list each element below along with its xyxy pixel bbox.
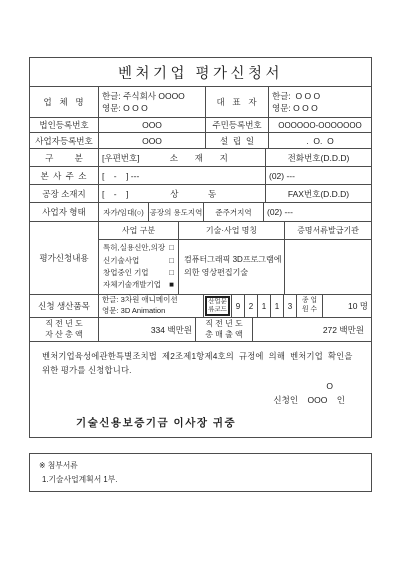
hq-address-row: 본 사 주 소 [ - ] --- (02) --- xyxy=(30,166,371,184)
representative-value: 한글: O O O 영문: O O O xyxy=(268,87,371,117)
sales-label: 직 전 년 도 총 매 출 액 xyxy=(195,318,252,341)
phone-header: 전화번호(D.D.D) xyxy=(265,149,371,166)
factory-address-row: 공장 소재지 [ - ] 상 동 FAX번호(D.D.D) xyxy=(30,184,371,202)
tech-name-header: 기술·사업 명칭 xyxy=(178,222,284,239)
corp-reg-value: OOO xyxy=(98,118,205,132)
establish-date-label: 설 립 일 xyxy=(205,133,268,148)
declaration-section: 벤처기업육성에관한특별조치법 제2조제1항제4호의 규정에 의해 벤처기업 확인… xyxy=(30,341,371,437)
resident-reg-value: OOOOOO-OOOOOOO xyxy=(268,118,371,132)
factory-address-label: 공장 소재지 xyxy=(30,185,98,202)
checkbox-checked-icon: ■ xyxy=(169,279,174,291)
financial-row: 직 전 년 도 자 산 총 액 334 백만원 직 전 년 도 총 매 출 액 … xyxy=(30,317,371,341)
biz-reg-row: 사업자등록번호 OOO 설 립 일 . O. O xyxy=(30,132,371,148)
checkbox-item-label: 신기술사업 xyxy=(103,255,139,267)
establish-date-value: . O. O xyxy=(268,133,371,148)
employees-value: 10 명 xyxy=(322,295,371,317)
checkbox-item: 창업중인 기업 □ xyxy=(103,267,174,279)
product-name-value: 한글: 3차원 애니메이션 영문: 3D Animation xyxy=(98,295,203,317)
checkbox-icon: □ xyxy=(169,242,174,254)
representative-eng: 영문: O O O xyxy=(272,102,368,114)
checkbox-item: 특허,실용신안,의장 □ xyxy=(103,242,174,254)
factory-bracket: [ - ] xyxy=(102,189,128,199)
checkbox-item-label: 특허,실용신안,의장 xyxy=(103,242,165,254)
company-row: 업 체 명 한글: 주식회사 OOOO 영문: O O O 대 표 자 한글: … xyxy=(30,86,371,117)
representative-kor: 한글: O O O xyxy=(272,90,368,102)
employees-label: 종 업 원 수 xyxy=(296,295,322,317)
resident-reg-label: 주민등록번호 xyxy=(205,118,268,132)
business-type-row: 사업자 형태 자가/임대(○) 공장의 용도지역 준주거지역 (02) --- xyxy=(30,202,371,221)
issuing-agency-value xyxy=(284,240,371,294)
industry-code-digit: 3 xyxy=(283,295,296,317)
gubun-label: 구 분 xyxy=(30,149,98,166)
industry-code-digit: 9 xyxy=(231,295,244,317)
document-page: 벤처기업 평가신청서 업 체 명 한글: 주식회사 OOOO 영문: O O O… xyxy=(0,0,400,566)
page-title: 벤처기업 평가신청서 xyxy=(30,58,371,86)
fax-header: FAX번호(D.D.D) xyxy=(265,185,371,202)
hq-address-label: 본 사 주 소 xyxy=(30,167,98,184)
product-name-eng: 영문: 3D Animation xyxy=(102,306,200,317)
declaration-date-mark: O xyxy=(42,381,359,391)
zone-value: 준주거지역 xyxy=(203,203,263,221)
evaluation-subtable: 사업 구분 기술·사업 명칭 증명서류발급기관 특허,실용신안,의장 □ 신기술… xyxy=(98,222,371,294)
sales-value: 272 백만원 xyxy=(252,318,371,341)
checkbox-item-label: 자체기술개발기업 xyxy=(103,279,161,291)
product-label: 신청 생산품목 xyxy=(30,295,98,317)
company-name-value: 한글: 주식회사 OOOO 영문: O O O xyxy=(98,87,205,117)
company-name-kor: 한글: 주식회사 OOOO xyxy=(102,90,202,102)
business-class-header: 사업 구분 xyxy=(99,222,178,239)
factory-address-value: [ - ] 상 동 xyxy=(98,185,265,202)
recipient-line: 기술신용보증기금 이사장 귀중 xyxy=(76,415,359,430)
industry-code-digit: 2 xyxy=(244,295,257,317)
tech-name-value: 컴퓨터그래픽 3D프로그램에 의한 영상편집기술 xyxy=(178,240,284,294)
biz-reg-label: 사업자등록번호 xyxy=(30,133,98,148)
evaluation-section-label: 평가신청내용 xyxy=(30,222,98,294)
business-class-checkboxes: 특허,실용신안,의장 □ 신기술사업 □ 창업중인 기업 □ 자체기술개발기 xyxy=(99,240,178,294)
evaluation-body-row: 특허,실용신안,의장 □ 신기술사업 □ 창업중인 기업 □ 자체기술개발기 xyxy=(99,239,371,294)
corp-reg-label: 법인등록번호 xyxy=(30,118,98,132)
company-name-eng: 영문: O O O xyxy=(102,102,202,114)
factory-same-as-above: 상 동 xyxy=(170,188,220,200)
industry-code-digit: 1 xyxy=(257,295,270,317)
industry-code-label: 산업분 류코드 xyxy=(205,296,230,316)
corp-reg-row: 법인등록번호 OOO 주민등록번호 OOOOOO-OOOOOOO xyxy=(30,117,371,132)
attachment-item: 1.기술사업계획서 1부. xyxy=(39,473,362,487)
company-name-label: 업 체 명 xyxy=(30,87,98,117)
industry-code-label-cell: 산업분 류코드 xyxy=(203,295,231,317)
location-header-cell: [우편번호] 소 재 지 xyxy=(98,149,265,166)
checkbox-item: 자체기술개발기업 ■ xyxy=(103,279,174,291)
assets-label: 직 전 년 도 자 산 총 액 xyxy=(30,318,98,341)
zone-label: 공장의 용도지역 xyxy=(148,203,203,221)
attachments-header: ※ 첨부서류 xyxy=(39,459,362,473)
checkbox-icon: □ xyxy=(169,267,174,279)
factory-phone-value: (02) --- xyxy=(263,203,371,221)
checkbox-icon: □ xyxy=(169,255,174,267)
checkbox-item: 신기술사업 □ xyxy=(103,255,174,267)
evaluation-section: 평가신청내용 사업 구분 기술·사업 명칭 증명서류발급기관 특허,실용신안,의… xyxy=(30,221,371,294)
hq-phone-value: (02) --- xyxy=(265,167,371,184)
attachments-box: ※ 첨부서류 1.기술사업계획서 1부. xyxy=(29,453,372,492)
evaluation-header-row: 사업 구분 기술·사업 명칭 증명서류발급기관 xyxy=(99,222,371,239)
applicant-signature-line: 신청인 OOO 인 xyxy=(42,394,359,406)
biz-reg-value: OOO xyxy=(98,133,205,148)
issuing-agency-header: 증명서류발급기관 xyxy=(284,222,371,239)
title-row: 벤처기업 평가신청서 xyxy=(30,58,371,86)
industry-code-digit: 1 xyxy=(270,295,283,317)
assets-value: 334 백만원 xyxy=(98,318,195,341)
representative-label: 대 표 자 xyxy=(205,87,268,117)
application-form-table: 벤처기업 평가신청서 업 체 명 한글: 주식회사 OOOO 영문: O O O… xyxy=(29,57,372,438)
product-row: 신청 생산품목 한글: 3차원 애니메이션 영문: 3D Animation 산… xyxy=(30,294,371,317)
checkbox-item-label: 창업중인 기업 xyxy=(103,267,149,279)
address-header-row: 구 분 [우편번호] 소 재 지 전화번호(D.D.D) xyxy=(30,148,371,166)
product-name-kor: 한글: 3차원 애니메이션 xyxy=(102,295,200,306)
hq-address-value: [ - ] --- xyxy=(98,167,265,184)
zip-header: [우편번호] xyxy=(102,152,140,164)
business-type-value: 자가/임대(○) xyxy=(98,203,148,221)
business-type-label: 사업자 형태 xyxy=(30,203,98,221)
declaration-statement: 벤처기업육성에관한특별조치법 제2조제1항제4호의 규정에 의해 벤처기업 확인… xyxy=(42,350,359,377)
location-header: 소 재 지 xyxy=(170,152,232,164)
